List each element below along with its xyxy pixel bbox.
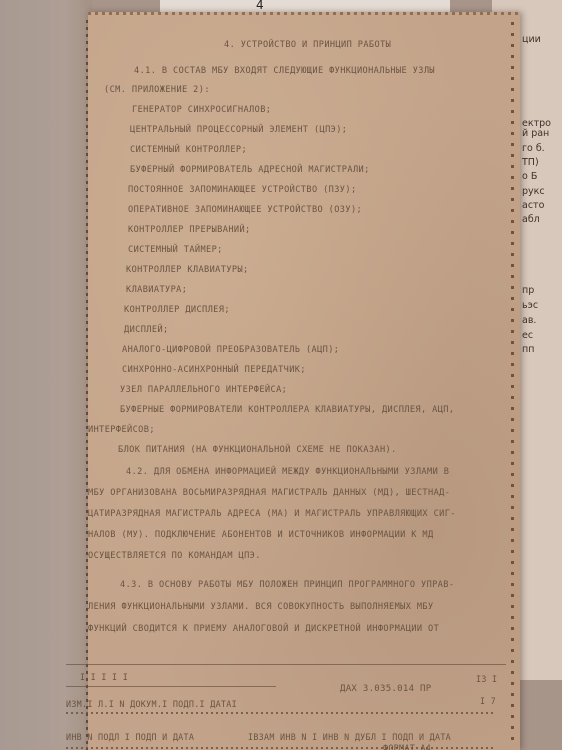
list-item: УЗЕЛ ПАРАЛЛЕЛЬНОГО ИНТЕРФЕЙСА; bbox=[120, 385, 287, 395]
fragment-text: й ран bbox=[522, 128, 549, 139]
fragment-text: го б. bbox=[522, 143, 545, 154]
sheet-number: I 7 bbox=[480, 696, 496, 706]
fragment-text: рукс bbox=[522, 186, 545, 197]
fragment-text: о Б bbox=[522, 171, 537, 182]
fragment-text: ьэс bbox=[522, 300, 538, 311]
title-block-bottom-dotted-rule bbox=[66, 747, 496, 749]
section-title: 4. УСТРОЙСТВО И ПРИНЦИП РАБОТЫ bbox=[224, 40, 391, 50]
list-item: БУФЕРНЫЙ ФОРМИРОВАТЕЛЬ АДРЕСНОЙ МАГИСТРА… bbox=[130, 165, 370, 175]
list-item: КЛАВИАТУРА; bbox=[126, 285, 187, 295]
title-block-mid-rule bbox=[66, 686, 276, 687]
page-marker: 4 bbox=[256, 0, 264, 12]
list-item: ЦЕНТРАЛЬНЫЙ ПРОЦЕССОРНЫЙ ЭЛЕМЕНТ (ЦПЭ); bbox=[130, 125, 347, 135]
sheet-label: I3 I bbox=[476, 674, 497, 684]
power-line: БЛОК ПИТАНИЯ (НА ФУНКЦИОНАЛЬНОЙ СХЕМЕ НЕ… bbox=[118, 445, 397, 455]
fragment-text: пп bbox=[522, 344, 534, 355]
list-item: КОНТРОЛЛЕР ПРЕРЫВАНИЙ; bbox=[128, 225, 251, 235]
title-block-separators: I I I I I bbox=[80, 672, 128, 682]
buffer-line-cont: ИНТЕРФЕЙСОВ; bbox=[88, 425, 155, 435]
buffer-line: БУФЕРНЫЕ ФОРМИРОВАТЕЛИ КОНТРОЛЛЕРА КЛАВИ… bbox=[120, 405, 454, 415]
paragraph-4-1-intro: 4.1. В СОСТАВ МБУ ВХОДЯТ СЛЕДУЮЩИЕ ФУНКЦ… bbox=[134, 66, 435, 76]
paragraph-4-1-intro-cont: (СМ. ПРИЛОЖЕНИЕ 2): bbox=[104, 85, 210, 95]
paragraph-4-3-line: ФУНКЦИЙ СВОДИТСЯ К ПРИЕМУ АНАЛОГОВОЙ И Д… bbox=[88, 624, 439, 634]
list-item: СИСТЕМНЫЙ ТАЙМЕР; bbox=[128, 245, 223, 255]
document-code: ДАХ 3.035.014 ПР bbox=[340, 684, 432, 694]
list-item: ПОСТОЯННОЕ ЗАПОМИНАЮЩЕЕ УСТРОЙСТВО (ПЗУ)… bbox=[128, 185, 357, 195]
list-item: ДИСПЛЕЙ; bbox=[124, 325, 169, 335]
paragraph-4-2-line: МБУ ОРГАНИЗОВАНА ВОСЬМИРАЗРЯДНАЯ МАГИСТР… bbox=[88, 488, 450, 498]
list-item: СИСТЕМНЫЙ КОНТРОЛЛЕР; bbox=[130, 145, 247, 155]
underlying-page-left bbox=[0, 0, 92, 750]
list-item: КОНТРОЛЛЕР ДИСПЛЕЯ; bbox=[124, 305, 230, 315]
paragraph-4-3-line: 4.3. В ОСНОВУ РАБОТЫ МБУ ПОЛОЖЕН ПРИНЦИП… bbox=[120, 580, 454, 590]
title-block-dotted-rule bbox=[66, 712, 496, 714]
paragraph-4-2-line: НАЛОВ (МУ). ПОДКЛЮЧЕНИЕ АБОНЕНТОВ И ИСТО… bbox=[88, 530, 434, 540]
perforation-top bbox=[88, 12, 520, 15]
fragment-text: ес bbox=[522, 330, 533, 341]
perforation-right bbox=[511, 22, 514, 742]
title-block-header-row: ИЗМ.I Л.I N ДОКУМ.I ПОДП.I ДАТАI bbox=[66, 699, 237, 709]
list-item: ОПЕРАТИВНОЕ ЗАПОМИНАЮЩЕЕ УСТРОЙСТВО (ОЗУ… bbox=[128, 205, 362, 215]
signature-row-left: ИНВ N ПОДЛ I ПОДП И ДАТА bbox=[66, 732, 194, 742]
fragment-text: ТП) bbox=[522, 157, 539, 168]
paragraph-4-3-line: ЛЕНИЯ ФУНКЦИОНАЛЬНЫМИ УЗЛАМИ. ВСЯ СОВОКУ… bbox=[88, 602, 434, 612]
signature-row-right: IВЗАМ ИНВ N I ИНВ N ДУБЛ I ПОДП И ДАТА bbox=[248, 732, 451, 742]
top-page-tab: 4 bbox=[160, 0, 450, 12]
printout-sheet: 4. УСТРОЙСТВО И ПРИНЦИП РАБОТЫ 4.1. В СО… bbox=[88, 12, 520, 750]
title-block-top-rule bbox=[66, 664, 506, 665]
paragraph-4-2-line: ЦАТИРАЗРЯДНАЯ МАГИСТРАЛЬ АДРЕСА (МА) И М… bbox=[88, 509, 456, 519]
fragment-text: асто bbox=[522, 200, 544, 211]
fragment-text: ции bbox=[522, 34, 541, 45]
paragraph-4-2-line: 4.2. ДЛЯ ОБМЕНА ИНФОРМАЦИЕЙ МЕЖДУ ФУНКЦИ… bbox=[126, 467, 449, 477]
list-item: АНАЛОГО-ЦИФРОВОЙ ПРЕОБРАЗОВАТЕЛЬ (АЦП); bbox=[122, 345, 339, 355]
list-item: КОНТРОЛЛЕР КЛАВИАТУРЫ; bbox=[126, 265, 249, 275]
fragment-text: ав. bbox=[522, 315, 536, 326]
list-item: ГЕНЕРАТОР СИНХРОСИГНАЛОВ; bbox=[132, 105, 271, 115]
list-item: СИНХРОННО-АСИНХРОННЫЙ ПЕРЕДАТЧИК; bbox=[122, 365, 306, 375]
fragment-text: абл bbox=[522, 214, 540, 225]
paragraph-4-2-line: ОСУЩЕСТВЛЯЕТСЯ ПО КОМАНДАМ ЦПЭ. bbox=[88, 551, 261, 561]
fragment-text: пр bbox=[522, 285, 534, 296]
